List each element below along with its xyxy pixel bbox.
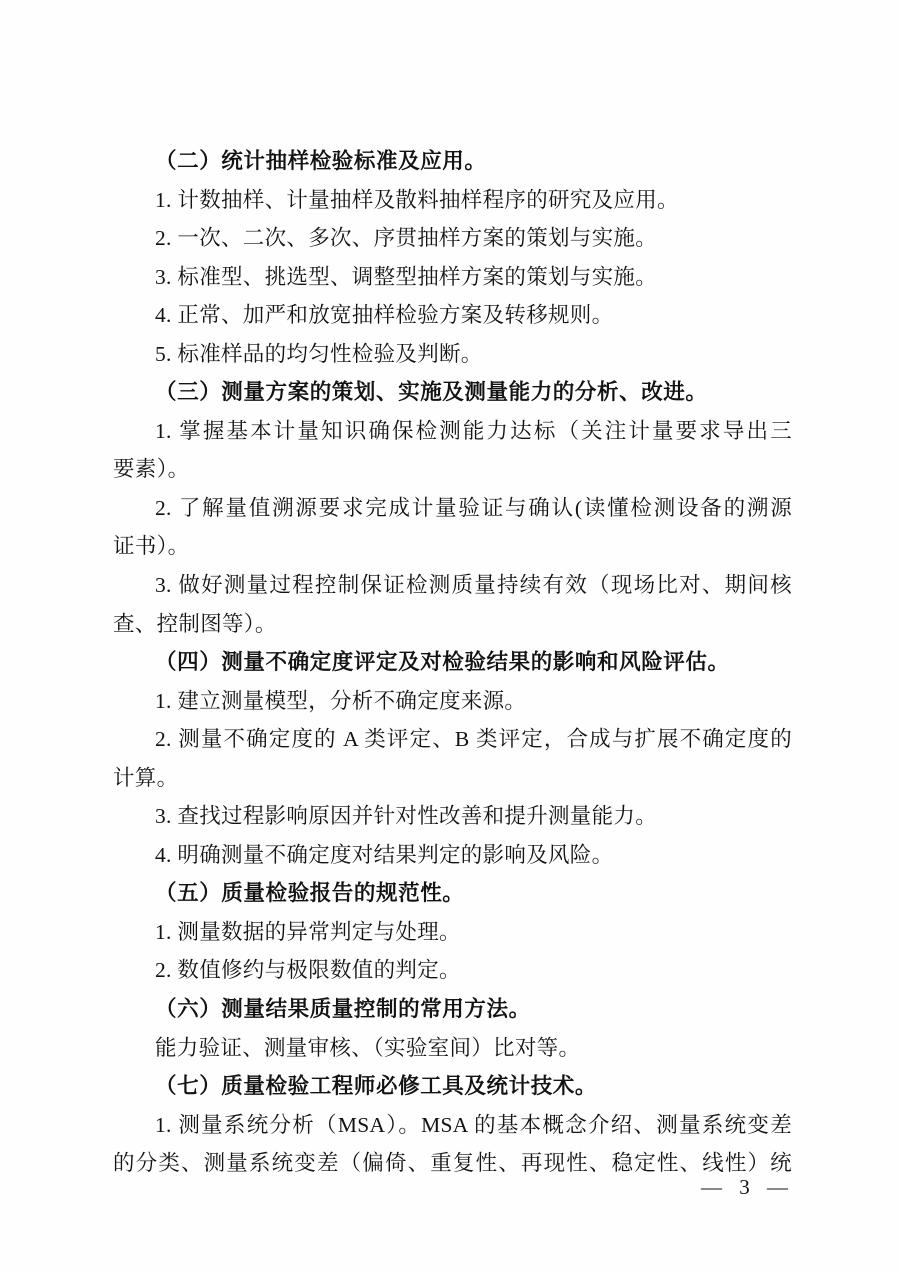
section2-item-4: 4. 正常、加严和放宽抽样检验方案及转移规则。	[113, 296, 792, 335]
section-heading-7: （七）质量检验工程师必修工具及统计技术。	[113, 1067, 792, 1106]
section-heading-2: （二）统计抽样检验标准及应用。	[113, 142, 792, 181]
section3-item-1-line-2: 要素）。	[113, 450, 792, 489]
section-heading-6: （六）测量结果质量控制的常用方法。	[113, 990, 792, 1029]
section3-item-2-line-1: 2. 了解量值溯源要求完成计量验证与确认(读懂检测设备的溯源	[113, 489, 792, 528]
section3-item-2-line-2: 证书）。	[113, 527, 792, 566]
section5-item-1: 1. 测量数据的异常判定与处理。	[113, 913, 792, 952]
document-page: （二）统计抽样检验标准及应用。 1. 计数抽样、计量抽样及散料抽样程序的研究及应…	[0, 0, 900, 1273]
section2-item-3: 3. 标准型、挑选型、调整型抽样方案的策划与实施。	[113, 258, 792, 297]
section4-item-1: 1. 建立测量模型，分析不确定度来源。	[113, 682, 792, 721]
section2-item-5: 5. 标准样品的均匀性检验及判断。	[113, 335, 792, 374]
document-body: （二）统计抽样检验标准及应用。 1. 计数抽样、计量抽样及散料抽样程序的研究及应…	[113, 142, 792, 1183]
section-heading-5: （五）质量检验报告的规范性。	[113, 874, 792, 913]
section-heading-4: （四）测量不确定度评定及对检验结果的影响和风险评估。	[113, 643, 792, 682]
section4-item-3: 3. 查找过程影响原因并针对性改善和提升测量能力。	[113, 797, 792, 836]
section4-item-4: 4. 明确测量不确定度对结果判定的影响及风险。	[113, 836, 792, 875]
section3-item-1-line-1: 1. 掌握基本计量知识确保检测能力达标（关注计量要求导出三	[113, 412, 792, 451]
section5-item-2: 2. 数值修约与极限数值的判定。	[113, 951, 792, 990]
section7-item-1-line-1: 1. 测量系统分析（MSA）。MSA 的基本概念介绍、测量系统变差	[113, 1106, 792, 1145]
section4-item-2-line-2: 计算。	[113, 759, 792, 798]
section2-item-1: 1. 计数抽样、计量抽样及散料抽样程序的研究及应用。	[113, 181, 792, 220]
section6-text: 能力验证、测量审核、（实验室间）比对等。	[113, 1029, 792, 1068]
section4-item-2-line-1: 2. 测量不确定度的 A 类评定、B 类评定，合成与扩展不确定度的	[113, 720, 792, 759]
section3-item-3-line-1: 3. 做好测量过程控制保证检测质量持续有效（现场比对、期间核	[113, 566, 792, 605]
section-heading-3: （三）测量方案的策划、实施及测量能力的分析、改进。	[113, 373, 792, 412]
page-number: — 3 —	[701, 1172, 790, 1202]
section2-item-2: 2. 一次、二次、多次、序贯抽样方案的策划与实施。	[113, 219, 792, 258]
section7-item-1-line-2: 的分类、测量系统变差（偏倚、重复性、再现性、稳定性、线性）统	[113, 1144, 792, 1183]
section3-item-3-line-2: 查、控制图等）。	[113, 605, 792, 644]
